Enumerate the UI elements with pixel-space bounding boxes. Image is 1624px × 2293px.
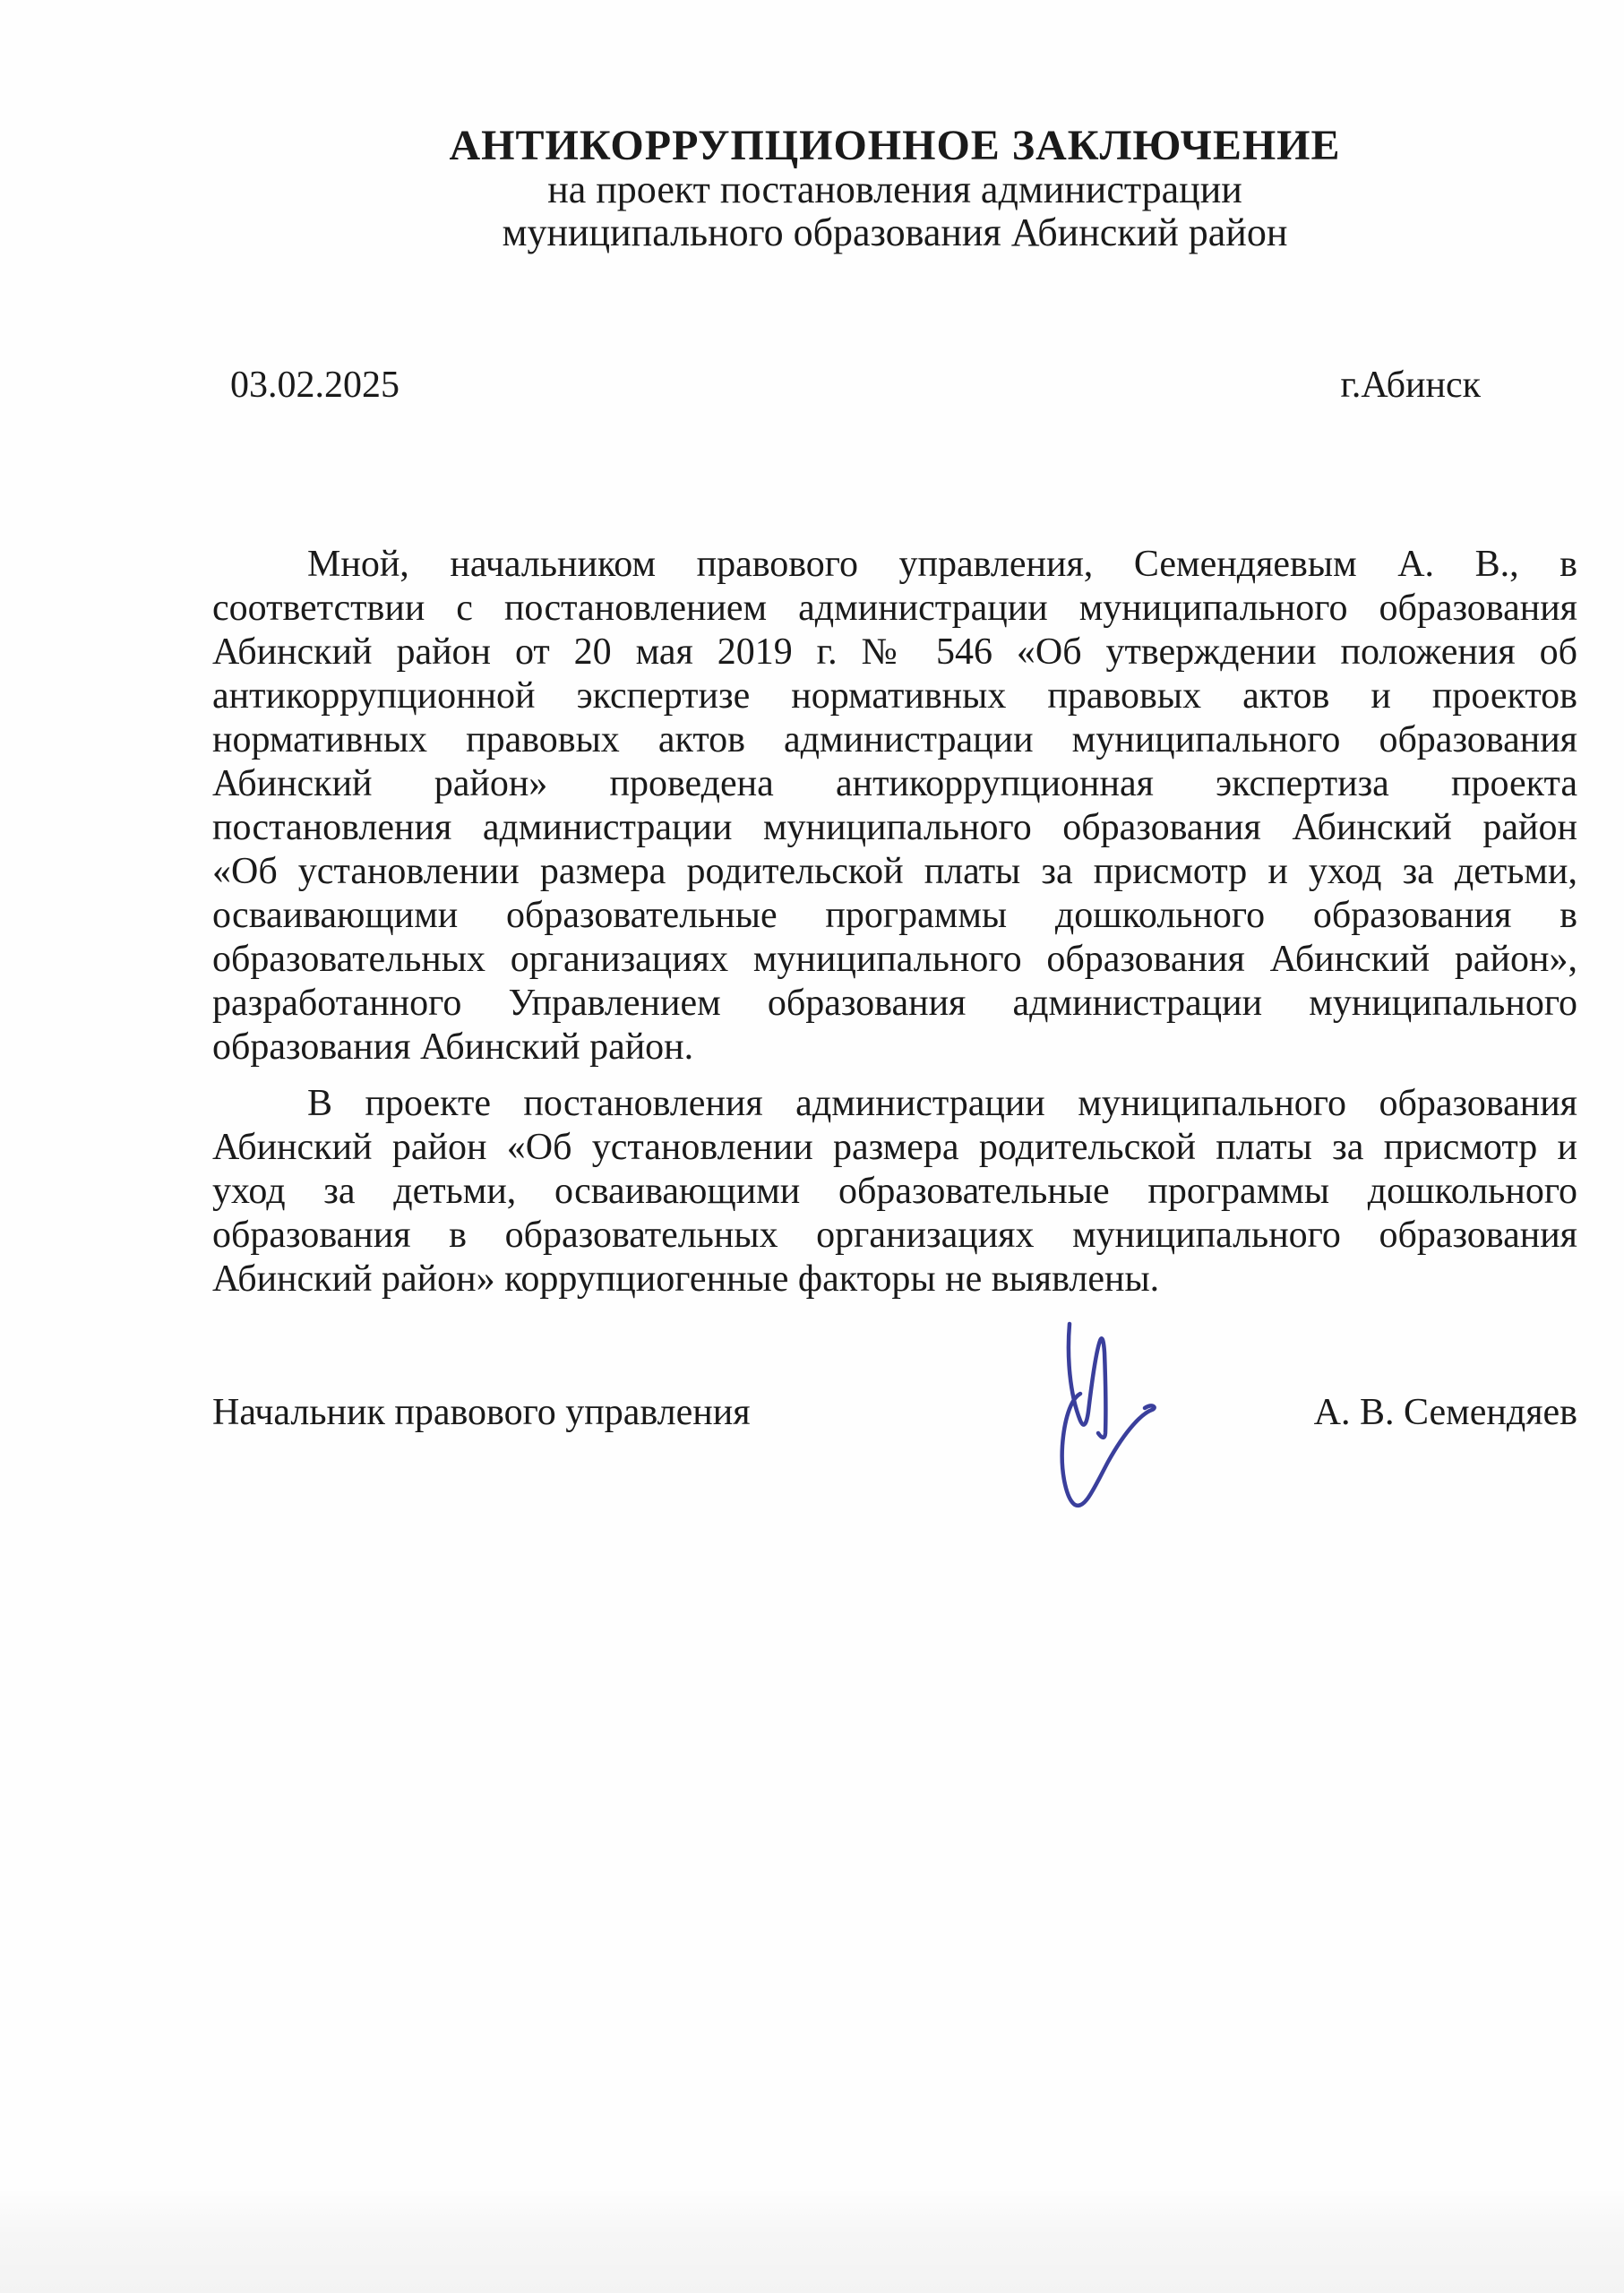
paragraph-line: В проекте постановления администрации му… bbox=[212, 1082, 1577, 1126]
paragraph-line: антикоррупционной экспертизе нормативных… bbox=[212, 674, 1577, 718]
document-title: АНТИКОРРУПЦИОННОЕ ЗАКЛЮЧЕНИЕ bbox=[212, 124, 1577, 168]
paragraph-line: образования Абинский район. bbox=[212, 1026, 1577, 1069]
date-place-row: 03.02.2025 г.Абинск bbox=[212, 364, 1577, 407]
document-city: г.Абинск bbox=[1340, 364, 1481, 407]
title-block: АНТИКОРРУПЦИОННОЕ ЗАКЛЮЧЕНИЕ на проект п… bbox=[212, 0, 1577, 254]
document-subtitle-line: муниципального образования Абинский райо… bbox=[212, 211, 1577, 254]
signoff-name: А. В. Семендяев bbox=[1314, 1391, 1577, 1435]
paragraph-line: нормативных правовых актов администрации… bbox=[212, 718, 1577, 762]
paragraph-line: осваивающими образовательные программы д… bbox=[212, 894, 1577, 938]
paragraph-line: Мной, начальником правового управления, … bbox=[212, 543, 1577, 587]
paragraph-line: Абинский район «Об установлении размера … bbox=[212, 1126, 1577, 1170]
paragraph-line: разработанного Управлением образования а… bbox=[212, 982, 1577, 1026]
paragraph-line: постановления администрации муниципально… bbox=[212, 806, 1577, 850]
paragraph-line: Абинский район» проведена антикоррупцион… bbox=[212, 762, 1577, 806]
signature-icon bbox=[1058, 1320, 1161, 1513]
paragraph: В проекте постановления администрации му… bbox=[212, 1082, 1577, 1301]
paragraph-line: образовательных организациях муниципальн… bbox=[212, 938, 1577, 982]
paragraph-line: Абинский район от 20 мая 2019 г. № 546 «… bbox=[212, 631, 1577, 674]
paragraph-line: «Об установлении размера родительской пл… bbox=[212, 850, 1577, 894]
signoff-row: Начальник правового управления А. В. Сем… bbox=[212, 1391, 1577, 1435]
paragraph-line: соответствии с постановлением администра… bbox=[212, 587, 1577, 631]
document-body: Мной, начальником правового управления, … bbox=[212, 543, 1577, 1301]
paragraph-line: Абинский район» коррупциогенные факторы … bbox=[212, 1258, 1577, 1301]
signoff-position: Начальник правового управления bbox=[212, 1391, 751, 1435]
paragraph-line: уход за детьми, осваивающими образовател… bbox=[212, 1170, 1577, 1214]
document-content: АНТИКОРРУПЦИОННОЕ ЗАКЛЮЧЕНИЕ на проект п… bbox=[212, 0, 1577, 1435]
document-date: 03.02.2025 bbox=[230, 364, 400, 407]
document-subtitle-line: на проект постановления администрации bbox=[212, 168, 1577, 211]
scan-edge-shading bbox=[0, 2187, 1624, 2293]
paragraph: Мной, начальником правового управления, … bbox=[212, 543, 1577, 1069]
paragraph-line: образования в образовательных организаци… bbox=[212, 1214, 1577, 1258]
document-page: АНТИКОРРУПЦИОННОЕ ЗАКЛЮЧЕНИЕ на проект п… bbox=[0, 0, 1624, 2293]
